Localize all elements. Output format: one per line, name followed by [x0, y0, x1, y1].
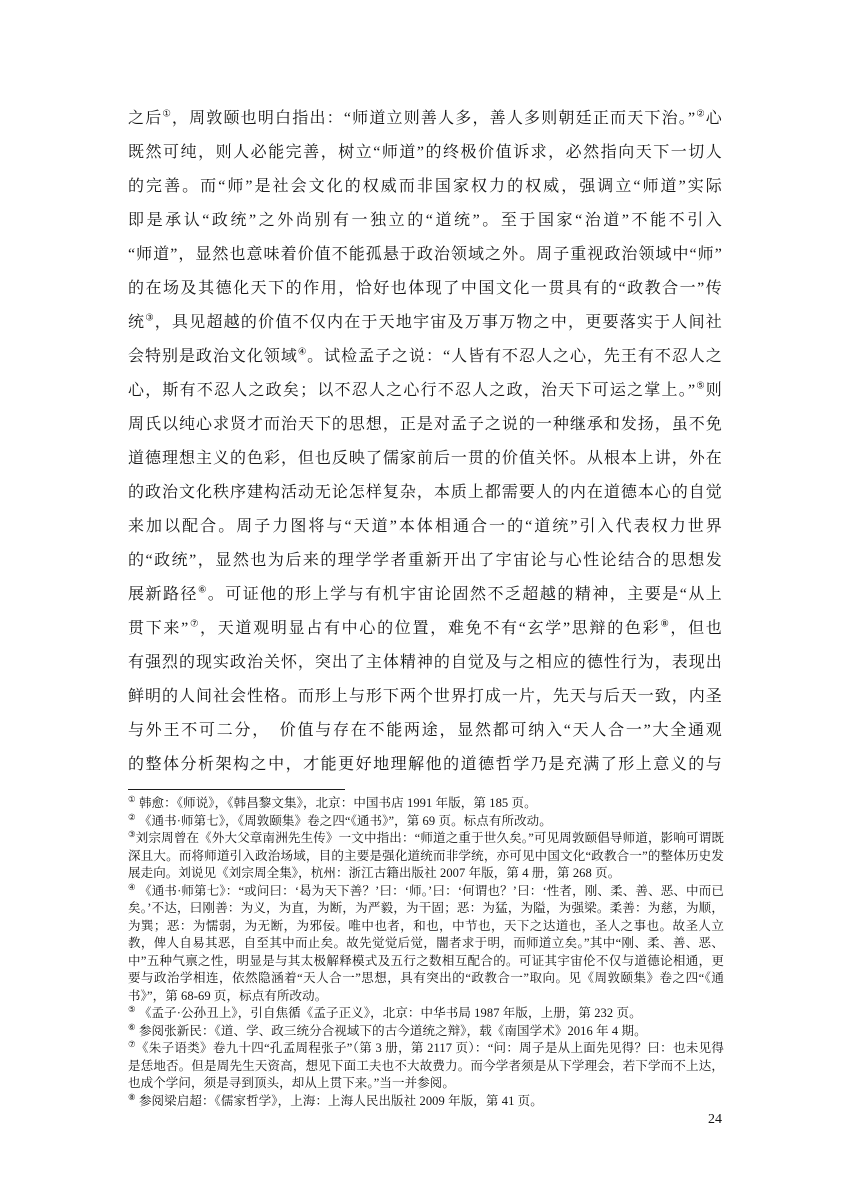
footnote-item: ① 韩愈：《师说》，《韩昌黎文集》，北京：中国书店 1991 年版，第 185 …	[128, 795, 724, 813]
body-text-line: 的完善。而“师”是社会文化的权威而非国家权力的权威，强调立“师道”实际	[128, 170, 722, 204]
body-text-line: 既然可纯，则人必能完善，树立“师道”的终极价值诉求，必然指向天下一切人	[128, 136, 722, 170]
footnote-marker: ⑦	[128, 1039, 136, 1049]
footnote-text: 韩愈：《师说》，《韩昌黎文集》，北京：中国书店 1991 年版，第 185 页。	[136, 796, 537, 810]
footnote-item: ② 《通书·师第七》，《周敦颐集》卷之四“《通书》”，第 69 页。标点有所改动…	[128, 813, 724, 831]
footnote-text: 参阅张新民：《道、学、政三统分合视域下的古今道统之辩》，载《南国学术》2016 …	[136, 1024, 647, 1038]
footnote-item: ⑧ 参阅梁启超：《儒家哲学》，上海：上海人民出版社 2009 年版，第 41 页…	[128, 1093, 724, 1111]
footnote-text: 参阅梁启超：《儒家哲学》，上海：上海人民出版社 2009 年版，第 41 页。	[136, 1094, 543, 1108]
footnote-marker: ⑤	[128, 1004, 136, 1014]
footnote-item: ⑦《朱子语类》卷九十四“孔孟周程张子”（第 3 册，第 2117 页）：“问：周…	[128, 1040, 724, 1093]
footnote-marker: ④	[128, 881, 136, 891]
body-text-line: 与外王不可二分， 价值与存在不能两途，显然都可纳入“天人合一”大全通观	[128, 714, 722, 748]
footnote-item: ⑤ 《孟子·公孙丑上》，引自焦循《孟子正义》，北京：中华书局 1987 年版，上…	[128, 1005, 724, 1023]
footnotes: ① 韩愈：《师说》，《韩昌黎文集》，北京：中国书店 1991 年版，第 185 …	[128, 795, 724, 1110]
body-text-line: 会特别是政治文化领域④。试检孟子之说：“人皆有不忍人之心，先王有不忍人之	[128, 340, 722, 374]
body-text-line: 之后①，周敦颐也明白指出：“师道立则善人多，善人多则朝廷正而天下治。”②心	[128, 102, 722, 136]
footnote-text: 《通书·师第七》：“或问曰：‘曷为天下善？’曰：‘师。’曰：‘何谓也？’曰：‘性…	[128, 884, 724, 1003]
body-text-line: 有强烈的现实政治关怀，突出了主体精神的自觉及与之相应的德性行为，表现出	[128, 646, 722, 680]
body-text-line: 道德理想主义的色彩，但也反映了儒家前后一贯的价值关怀。从根本上讲，外在	[128, 442, 722, 476]
body-text-line: “师道”，显然也意味着价值不能孤悬于政治领域之外。周子重视政治领域中“师”	[128, 238, 722, 272]
body-text-line: 来加以配合。周子力图将与“天道”本体相通合一的“道统”引入代表权力世界	[128, 510, 722, 544]
footnote-text: 刘宗周曾在《外大父章南洲先生传》一文中指出：“师道之重于世久矣。”可见周敦颐倡导…	[128, 831, 724, 880]
footnote-ref: ④	[298, 348, 307, 358]
footnote-item: ③刘宗周曾在《外大父章南洲先生传》一文中指出：“师道之重于世久矣。”可见周敦颐倡…	[128, 830, 724, 883]
footnote-item: ⑥ 参阅张新民：《道、学、政三统分合视域下的古今道统之辩》，载《南国学术》201…	[128, 1023, 724, 1041]
document-page: 之后①，周敦颐也明白指出：“师道立则善人多，善人多则朝廷正而天下治。”②心既然可…	[0, 0, 850, 1202]
footnote-ref: ⑥	[198, 586, 208, 596]
footnote-ref: ①	[162, 110, 172, 120]
body-text-line: 即是承认“政统”之外尚别有一独立的“道统”。至于国家“治道”不能不引入	[128, 204, 722, 238]
footnote-marker: ②	[128, 811, 136, 821]
footnote-text: 《朱子语类》卷九十四“孔孟周程张子”（第 3 册，第 2117 页）：“问：周子…	[128, 1041, 724, 1090]
footnote-ref: ⑧	[660, 620, 670, 630]
footnote-marker: ⑧	[128, 1091, 136, 1101]
body-text-line: 鲜明的人间社会性格。而形上与形下两个世界打成一片，先天与后天一致，内圣	[128, 680, 722, 714]
footnote-ref: ⑦	[188, 620, 200, 630]
footnote-marker: ③	[128, 829, 136, 839]
page-number: 24	[622, 1110, 722, 1130]
body-text-line: 贯下来”⑦，天道观明显占有中心的位置，难免不有“玄学”思辩的色彩⑧，但也	[128, 612, 722, 646]
body-text-line: 的政治文化秩序建构活动无论怎样复杂，本质上都需要人的内在道德本心的自觉	[128, 476, 722, 510]
body-text-line: 的“政统”，显然也为后来的理学学者重新开出了宇宙论与心性论结合的思想发	[128, 544, 722, 578]
body-text: 之后①，周敦颐也明白指出：“师道立则善人多，善人多则朝廷正而天下治。”②心既然可…	[128, 102, 722, 782]
body-text-line: 统③，具见超越的价值不仅内在于天地宇宙及万事万物之中，更要落实于人间社	[128, 306, 722, 340]
footnote-marker: ⑥	[128, 1021, 136, 1031]
footnote-separator	[128, 789, 345, 790]
footnote-text: 《通书·师第七》，《周敦颐集》卷之四“《通书》”，第 69 页。标点有所改动。	[136, 814, 552, 828]
footnote-ref: ②	[695, 110, 706, 120]
footnote-ref: ③	[145, 314, 155, 324]
body-text-line: 的在场及其德化天下的作用，恰好也体现了中国文化一贯具有的“政教合一”传	[128, 272, 722, 306]
footnote-text: 《孟子·公孙丑上》，引自焦循《孟子正义》，北京：中华书局 1987 年版，上册，…	[136, 1006, 642, 1020]
footnote-item: ④ 《通书·师第七》：“或问曰：‘曷为天下善？’曰：‘师。’曰：‘何谓也？’曰：…	[128, 883, 724, 1006]
body-text-line: 展新路径⑥。可证他的形上学与有机宇宙论固然不乏超越的精神，主要是“从上	[128, 578, 722, 612]
body-text-line: 的整体分析架构之中，才能更好地理解他的道德哲学乃是充满了形上意义的与	[128, 748, 722, 782]
footnote-ref: ⑤	[695, 382, 706, 392]
footnote-marker: ①	[128, 794, 136, 804]
body-text-line: 心，斯有不忍人之政矣；以不忍人之心行不忍人之政，治天下可运之掌上。”⑤则	[128, 374, 722, 408]
body-text-line: 周氏以纯心求贤才而治天下的思想，正是对孟子之说的一种继承和发扬，虽不免	[128, 408, 722, 442]
